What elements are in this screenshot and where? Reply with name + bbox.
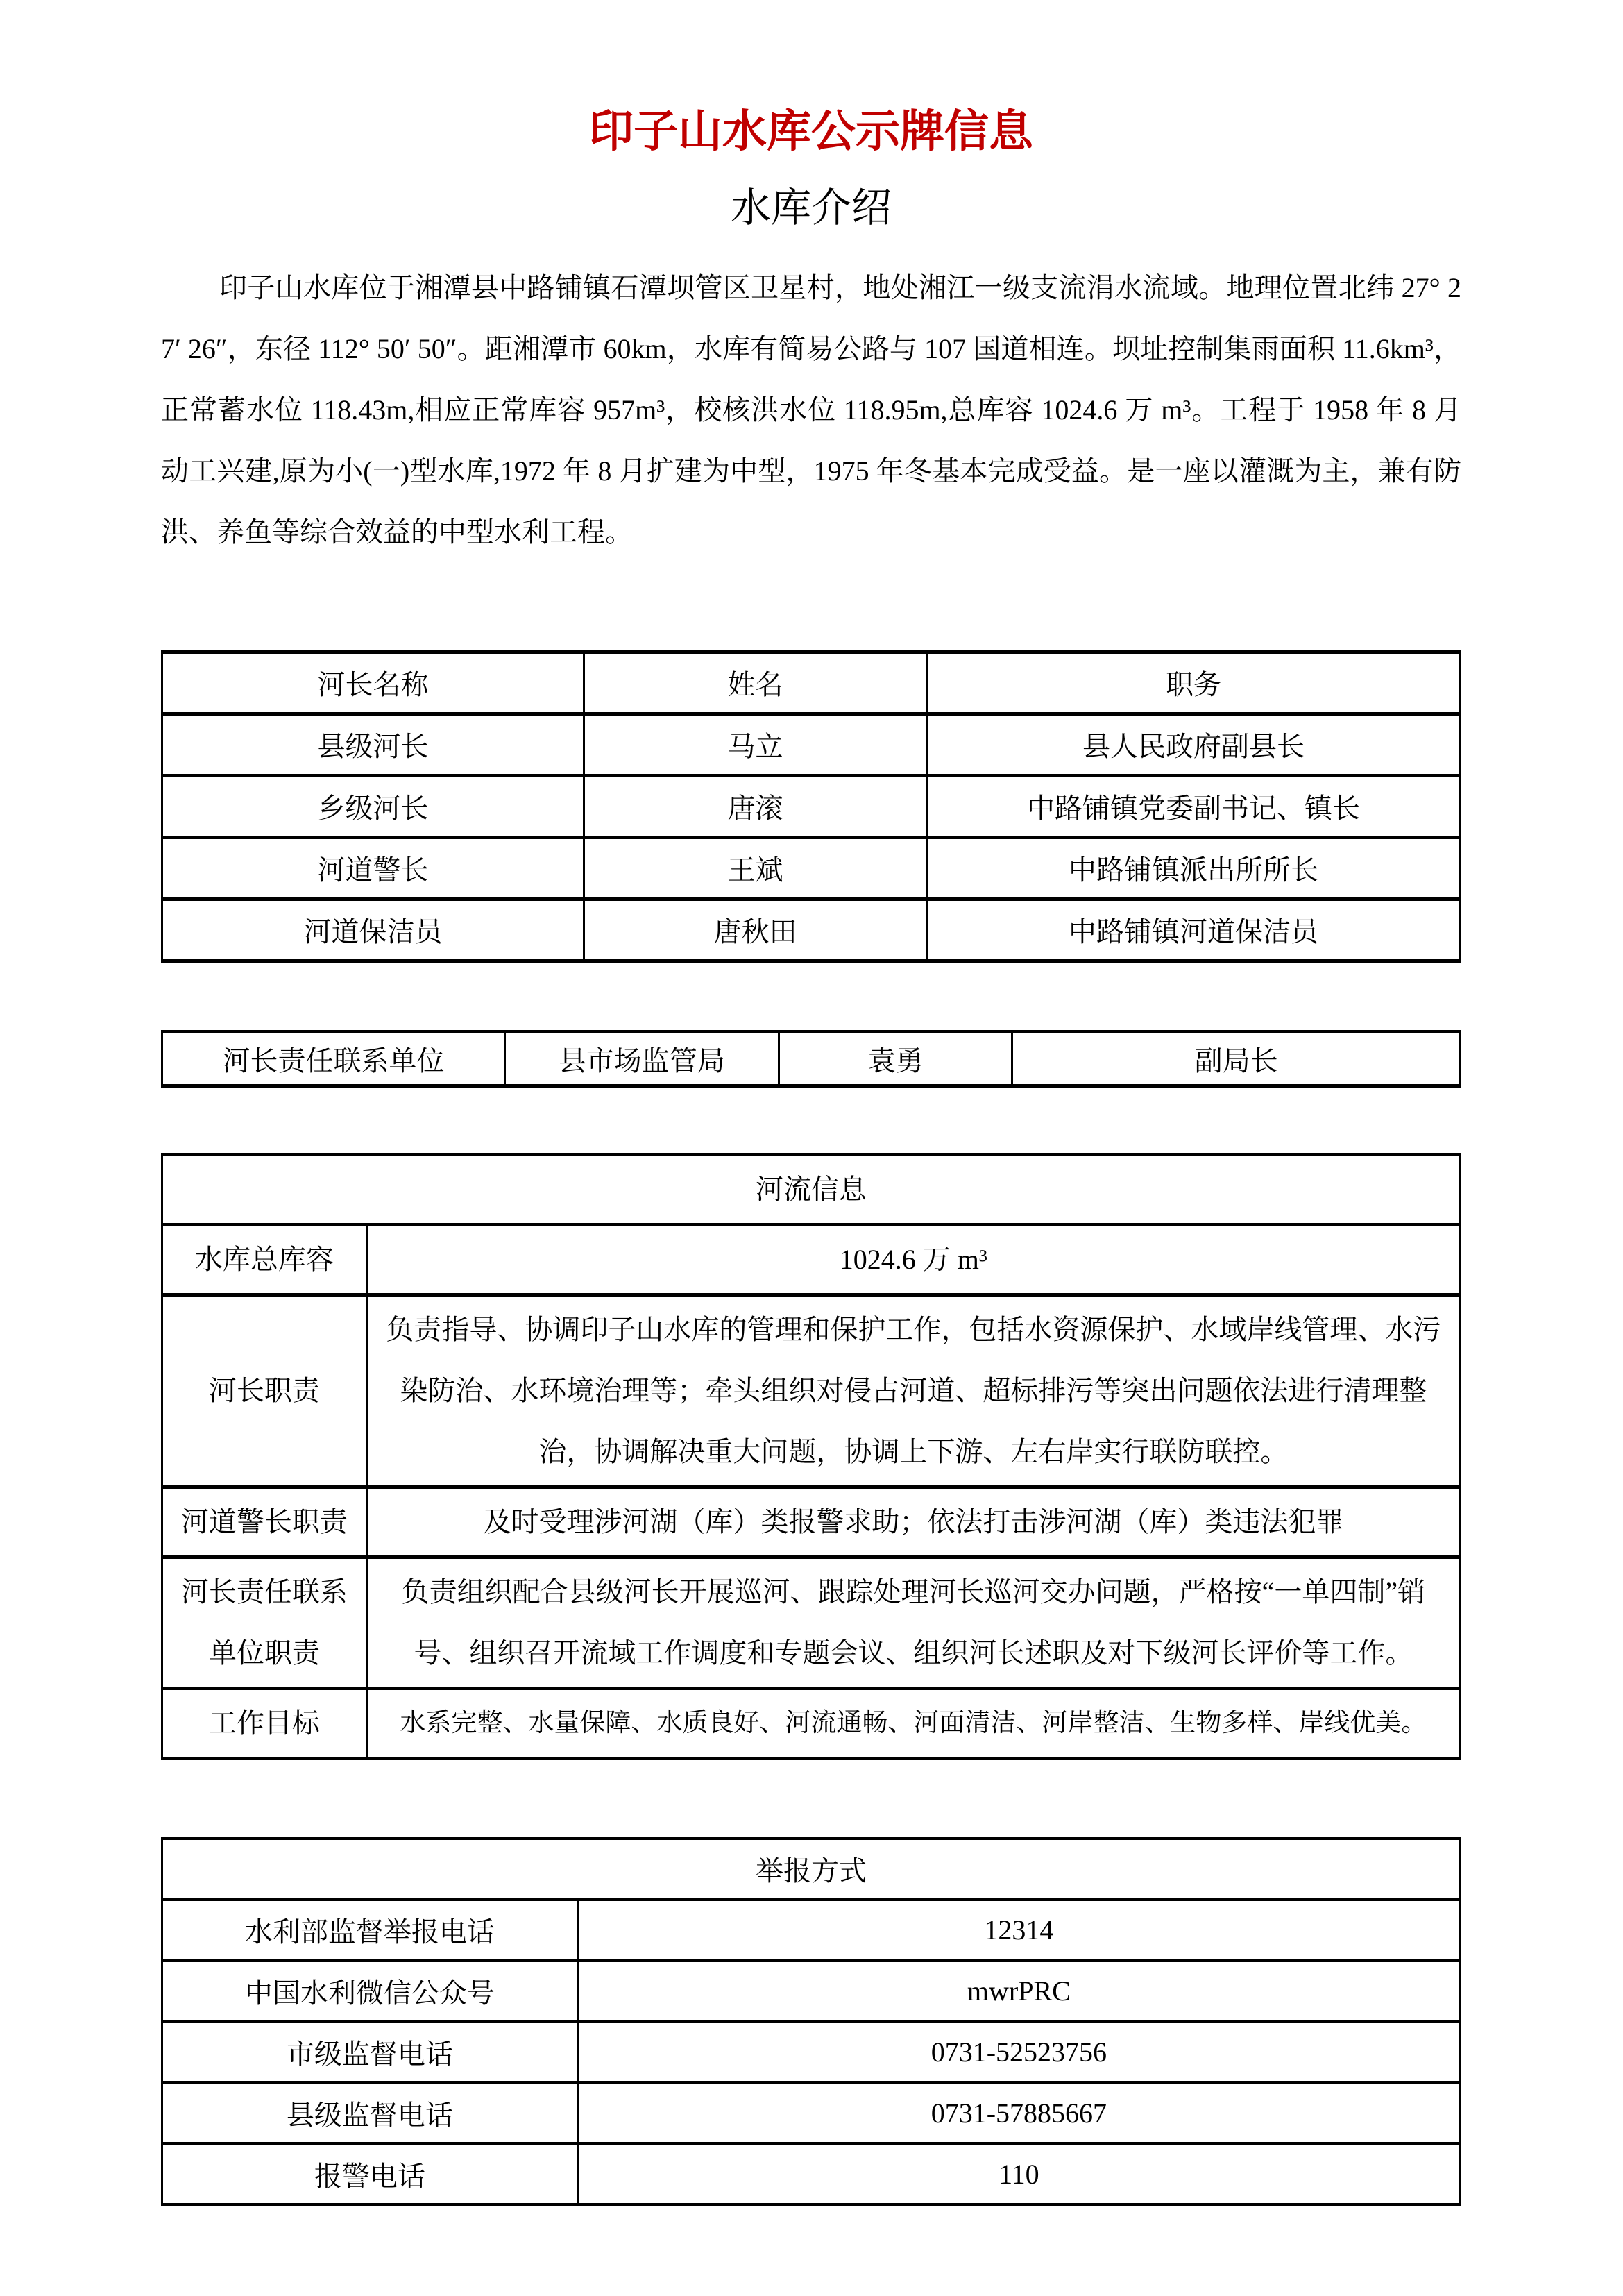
liaison-duty-cell: 副局长	[1012, 1031, 1461, 1086]
table-row: 工作目标 水系完整、水量保障、水质良好、河流通畅、河面清洁、河岸整洁、生物多样、…	[162, 1688, 1461, 1758]
liaison-unit-cell: 县市场监管局	[504, 1031, 779, 1086]
river-info-title-cell: 河流信息	[162, 1154, 1461, 1224]
table-row: 水库总库容 1024.6 万 m³	[162, 1224, 1461, 1294]
chief-level-cell: 县级河长	[162, 714, 584, 775]
table-row: 河长职责 负责指导、协调印子山水库的管理和保护工作，包括水资源保护、水域岸线管理…	[162, 1294, 1461, 1487]
table-row: 河道保洁员 唐秋田 中路铺镇河道保洁员	[162, 899, 1461, 961]
document-page: 印子山水库公示牌信息 水库介绍 印子山水库位于湘潭县中路铺镇石潭坝管区卫星村，地…	[0, 0, 1623, 2296]
liaison-label-cell: 河长责任联系单位	[162, 1031, 505, 1086]
table-row: 县级监督电话 0731-57885667	[162, 2082, 1461, 2143]
chief-name-cell: 唐滚	[584, 775, 927, 837]
row-label-cell: 市级监督电话	[162, 2021, 578, 2082]
chief-duty-cell: 中路铺镇河道保洁员	[927, 899, 1461, 961]
liaison-unit-table: 河长责任联系单位 县市场监管局 袁勇 副局长	[161, 1030, 1461, 1088]
liaison-person-cell: 袁勇	[779, 1031, 1012, 1086]
row-label-cell: 河道警长职责	[162, 1487, 367, 1557]
table-header-row: 河长名称 姓名 职务	[162, 652, 1461, 714]
chiefs-header-title: 河长名称	[162, 652, 584, 714]
chief-level-cell: 乡级河长	[162, 775, 584, 837]
report-methods-table: 举报方式 水利部监督举报电话 12314 中国水利微信公众号 mwrPRC 市级…	[161, 1837, 1461, 2206]
section-subtitle: 水库介绍	[161, 183, 1461, 234]
river-info-table: 河流信息 水库总库容 1024.6 万 m³ 河长职责 负责指导、协调印子山水库…	[161, 1153, 1461, 1760]
page-title: 印子山水库公示牌信息	[161, 104, 1461, 160]
intro-paragraph: 印子山水库位于湘潭县中路铺镇石潭坝管区卫星村，地处湘江一级支流涓水流域。地理位置…	[161, 258, 1461, 563]
row-label-cell: 水库总库容	[162, 1224, 367, 1294]
row-value-cell: 110	[577, 2143, 1460, 2204]
chief-duty-cell: 县人民政府副县长	[927, 714, 1461, 775]
table-header-row: 河流信息	[162, 1154, 1461, 1224]
chiefs-header-duty: 职务	[927, 652, 1461, 714]
table-row: 河道警长 王斌 中路铺镇派出所所长	[162, 837, 1461, 899]
table-row: 县级河长 马立 县人民政府副县长	[162, 714, 1461, 775]
river-chiefs-table: 河长名称 姓名 职务 县级河长 马立 县人民政府副县长 乡级河长 唐滚 中路铺镇…	[161, 650, 1461, 963]
chief-name-cell: 马立	[584, 714, 927, 775]
chiefs-header-name: 姓名	[584, 652, 927, 714]
row-value-cell: mwrPRC	[577, 1960, 1460, 2021]
row-value-cell: 1024.6 万 m³	[366, 1224, 1460, 1294]
row-value-cell: 12314	[577, 1899, 1460, 1960]
row-label-cell: 报警电话	[162, 2143, 578, 2204]
chief-name-cell: 王斌	[584, 837, 927, 899]
table-row: 市级监督电话 0731-52523756	[162, 2021, 1461, 2082]
row-label-cell: 水利部监督举报电话	[162, 1899, 578, 1960]
report-title-cell: 举报方式	[162, 1838, 1461, 1899]
table-row: 水利部监督举报电话 12314	[162, 1899, 1461, 1960]
row-value-cell: 负责指导、协调印子山水库的管理和保护工作，包括水资源保护、水域岸线管理、水污染防…	[366, 1294, 1460, 1487]
table-row: 河道警长职责 及时受理涉河湖（库）类报警求助；依法打击涉河湖（库）类违法犯罪	[162, 1487, 1461, 1557]
chief-name-cell: 唐秋田	[584, 899, 927, 961]
row-label-cell: 河长责任联系单位职责	[162, 1557, 367, 1688]
row-value-cell: 0731-52523756	[577, 2021, 1460, 2082]
row-value-cell: 及时受理涉河湖（库）类报警求助；依法打击涉河湖（库）类违法犯罪	[366, 1487, 1460, 1557]
row-label-cell: 工作目标	[162, 1688, 367, 1758]
table-row: 报警电话 110	[162, 2143, 1461, 2204]
row-label-cell: 县级监督电话	[162, 2082, 578, 2143]
row-value-cell: 水系完整、水量保障、水质良好、河流通畅、河面清洁、河岸整洁、生物多样、岸线优美。	[366, 1688, 1460, 1758]
table-row: 河长责任联系单位职责 负责组织配合县级河长开展巡河、跟踪处理河长巡河交办问题，严…	[162, 1557, 1461, 1688]
chief-duty-cell: 中路铺镇党委副书记、镇长	[927, 775, 1461, 837]
table-header-row: 举报方式	[162, 1838, 1461, 1899]
table-row: 中国水利微信公众号 mwrPRC	[162, 1960, 1461, 2021]
chief-duty-cell: 中路铺镇派出所所长	[927, 837, 1461, 899]
table-row: 乡级河长 唐滚 中路铺镇党委副书记、镇长	[162, 775, 1461, 837]
row-value-cell: 0731-57885667	[577, 2082, 1460, 2143]
row-label-cell: 河长职责	[162, 1294, 367, 1487]
row-value-cell: 负责组织配合县级河长开展巡河、跟踪处理河长巡河交办问题，严格按“一单四制”销号、…	[366, 1557, 1460, 1688]
row-label-cell: 中国水利微信公众号	[162, 1960, 578, 2021]
table-row: 河长责任联系单位 县市场监管局 袁勇 副局长	[162, 1031, 1461, 1086]
chief-level-cell: 河道警长	[162, 837, 584, 899]
chief-level-cell: 河道保洁员	[162, 899, 584, 961]
